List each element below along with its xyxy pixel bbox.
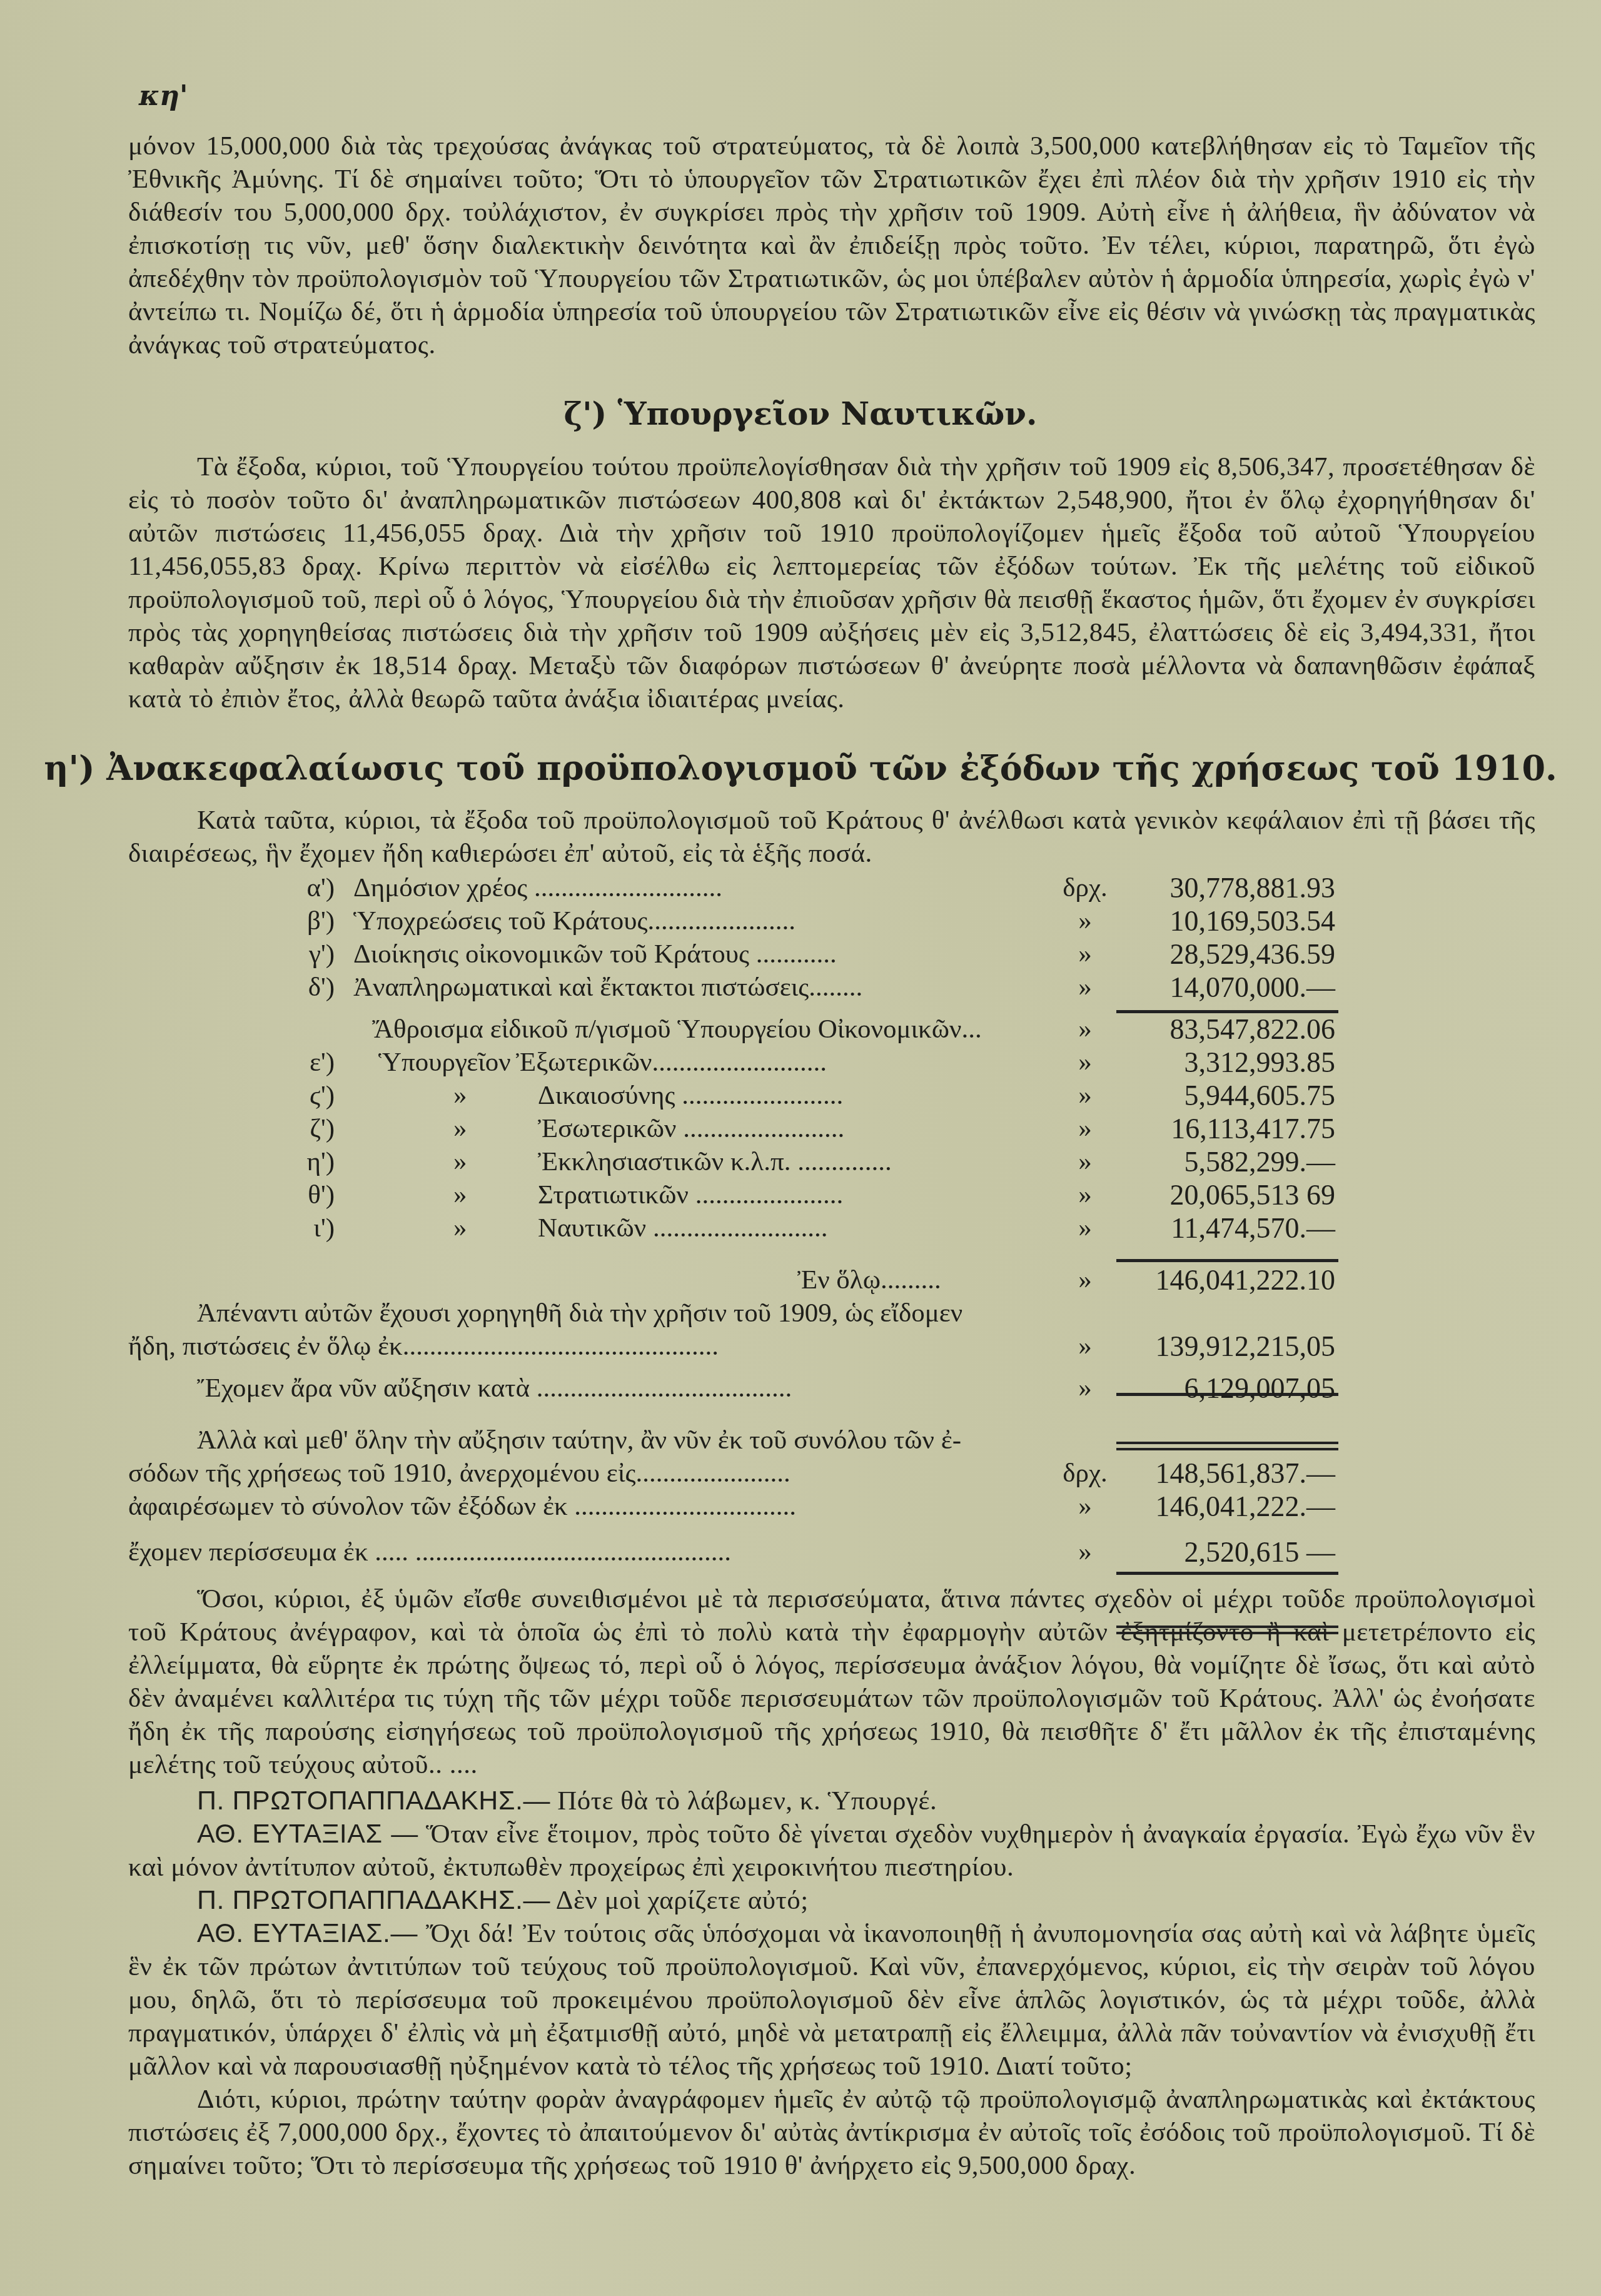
paragraph-text: Ὅσοι, κύριοι, ἐξ ὑμῶν εἴσθε συνειθισμένο… — [128, 1582, 1535, 1781]
row-label: Ὑποχρεώσεις τοῦ Κράτους.................… — [353, 904, 1054, 938]
row-label: Ἔχομεν ἄρα νῦν αὔξησιν κατὰ ............… — [197, 1372, 1054, 1405]
row-prefix: Ὑπουργεῖον — [378, 1046, 516, 1079]
dialogue-entry: Π. ΠΡΩΤΟΠΑΠΠΑΔΑΚΗΣ.— Δὲν μοὶ χαρίζετε αὐ… — [128, 1884, 1535, 1917]
table-row-surplus: ἔχομεν περίσσευμα ἐκ ..... .............… — [128, 1535, 1341, 1569]
paragraph-text: Κατὰ ταῦτα, κύριοι, τὰ ἔξοδα τοῦ προϋπολ… — [128, 804, 1535, 870]
table-row-subtract: ἀφαιρέσωμεν τὸ σύνολον τῶν ἐξόδων ἐκ ...… — [128, 1490, 1341, 1523]
table-row: θ') » Στρατιωτικῶν .....................… — [128, 1178, 1341, 1211]
row-unit: » — [1060, 1535, 1110, 1569]
row-value: 14,070,000.— — [1116, 971, 1335, 1004]
row-number: η') — [297, 1145, 335, 1178]
table-row: η') » Ἐκκλησιαστικῶν κ.λ.π. ............… — [128, 1145, 1341, 1178]
row-label: Ἀναπληρωματικαὶ καὶ ἔκτακτοι πιστώσεις..… — [353, 971, 1054, 1004]
row-value: 3,312,993.85 — [1116, 1046, 1335, 1079]
row-value: 148,561,837.— — [1116, 1457, 1335, 1490]
row-unit: » — [1060, 1046, 1110, 1079]
row-unit: » — [1060, 1079, 1110, 1112]
dialogue-entry: ΑΘ. ΕΥΤΑΞΙΑΣ.— Ὄχι δά! Ἐν τούτοις σᾶς ὑπ… — [128, 1917, 1535, 2083]
speech-text: Πότε θὰ τὸ λάβωμεν, κ. Ὑπουργέ. — [557, 1786, 937, 1816]
row-number: ε') — [297, 1046, 335, 1079]
row-label: Ἐν ὅλῳ......... — [797, 1263, 1054, 1297]
row-prefix: » — [453, 1178, 491, 1211]
section-heading-naval: ζ') Ὑπουργεῖον Ναυτικῶν. — [0, 395, 1601, 432]
row-value: 6,129,007,05 — [1116, 1372, 1335, 1405]
table-row: ϛ') » Δικαιοσύνης ......................… — [128, 1079, 1341, 1112]
table-row-credits: ἤδη, πιστώσεις ἐν ὅλῳ ἐκ................… — [128, 1330, 1341, 1363]
row-label: σόδων τῆς χρήσεως τοῦ 1910, ἀνερχομένου … — [128, 1457, 1054, 1490]
row-label: Ἀπέναντι αὐτῶν ἔχουσι χορηγηθῆ διὰ τὴν χ… — [197, 1297, 1085, 1330]
table-row-revenue: σόδων τῆς χρήσεως τοῦ 1910, ἀνερχομένου … — [128, 1457, 1341, 1490]
paragraph-text: Διότι, κύριοι, πρώτην ταύτην φορὰν ἀναγρ… — [128, 2083, 1535, 2182]
row-unit: δρχ. — [1060, 871, 1110, 904]
row-value: 83,547,822.06 — [1116, 1013, 1335, 1046]
row-number: ι') — [297, 1211, 335, 1245]
row-label: Ἐκκλησιαστικῶν κ.λ.π. .............. — [538, 1145, 1054, 1178]
row-unit: » — [1060, 1372, 1110, 1405]
row-unit: » — [1060, 1263, 1110, 1297]
row-unit: δρχ. — [1060, 1457, 1110, 1490]
row-unit: » — [1060, 938, 1110, 971]
paragraph-naval: Τὰ ἔξοδα, κύριοι, τοῦ Ὑπουργείου τούτου … — [128, 450, 1535, 716]
row-number: β') — [297, 904, 335, 938]
row-prefix: » — [453, 1211, 491, 1245]
row-label: Ἐσωτερικῶν ........................ — [538, 1112, 1054, 1145]
sum-rule — [1116, 1259, 1338, 1262]
row-number: δ') — [297, 971, 335, 1004]
dialogue-entry: ΑΘ. ΕΥΤΑΞΙΑΣ — Ὅταν εἶνε ἕτοιμον, πρὸς τ… — [128, 1818, 1535, 1884]
row-unit: » — [1060, 1112, 1110, 1145]
speaker-name: ΑΘ. ΕΥΤΑΞΙΑΣ.— — [197, 1918, 418, 1948]
row-prefix: » — [453, 1079, 491, 1112]
speech-text: Δὲν μοὶ χαρίζετε αὐτό; — [556, 1886, 809, 1915]
row-value: 20,065,513 69 — [1116, 1178, 1335, 1211]
row-unit: » — [1060, 1145, 1110, 1178]
paragraph-military: μόνον 15,000,000 διὰ τὰς τρεχούσας ἀνάγκ… — [128, 129, 1535, 362]
table-row-revenue-text: Ἀλλὰ καὶ μεθ' ὅλην τὴν αὔξησιν ταύτην, ἂ… — [128, 1424, 1341, 1457]
speaker-name: Π. ΠΡΩΤΟΠΑΠΠΑΔΑΚΗΣ.— — [197, 1786, 550, 1816]
row-unit: » — [1060, 1330, 1110, 1363]
table-row-increase: Ἔχομεν ἄρα νῦν αὔξησιν κατὰ ............… — [128, 1372, 1341, 1405]
row-value: 5,944,605.75 — [1116, 1079, 1335, 1112]
row-unit: » — [1060, 971, 1110, 1004]
row-label: Ἀλλὰ καὶ μεθ' ὅλην τὴν αὔξησιν ταύτην, ἂ… — [197, 1424, 1085, 1457]
row-label: Δημόσιον χρέος .........................… — [353, 871, 1054, 904]
row-unit: » — [1060, 1211, 1110, 1245]
row-label: ἀφαιρέσωμεν τὸ σύνολον τῶν ἐξόδων ἐκ ...… — [128, 1490, 1054, 1523]
row-label: Ναυτικῶν .......................... — [538, 1211, 1054, 1245]
row-number: ϛ') — [297, 1079, 335, 1112]
row-label: ἔχομεν περίσσευμα ἐκ ..... .............… — [128, 1535, 1054, 1569]
table-row: γ') Διοίκησις οἰκονομικῶν τοῦ Κράτους ..… — [128, 938, 1341, 971]
row-value: 146,041,222.— — [1116, 1490, 1335, 1523]
row-number: α') — [297, 871, 335, 904]
paragraph-summary-intro: Κατὰ ταῦτα, κύριοι, τὰ ἔξοδα τοῦ προϋπολ… — [128, 804, 1535, 870]
row-label: Δικαιοσύνης ........................ — [538, 1079, 1054, 1112]
row-value: 5,582,299.— — [1116, 1145, 1335, 1178]
row-unit: » — [1060, 904, 1110, 938]
row-value: 2,520,615 — — [1116, 1535, 1335, 1569]
page-number: κη' — [139, 80, 188, 112]
row-value: 28,529,436.59 — [1116, 938, 1335, 971]
row-label: Στρατιωτικῶν ...................... — [538, 1178, 1054, 1211]
table-row-total: Ἐν ὅλῳ......... » 146,041,222.10 — [128, 1263, 1341, 1297]
row-label: Διοίκησις οἰκονομικῶν τοῦ Κράτους ......… — [353, 938, 1054, 971]
table-row: δ') Ἀναπληρωματικαὶ καὶ ἔκτακτοι πιστώσε… — [128, 971, 1341, 1004]
row-label: Ἐξωτερικῶν.......................... — [516, 1046, 1054, 1079]
row-number: ζ') — [297, 1112, 335, 1145]
table-row: ζ') » Ἐσωτερικῶν .......................… — [128, 1112, 1341, 1145]
difference-rule — [1116, 1572, 1338, 1575]
row-value: 11,474,570.— — [1116, 1211, 1335, 1245]
document-page: κη' μόνον 15,000,000 διὰ τὰς τρεχούσας ἀ… — [0, 0, 1601, 2296]
table-row-credits-text: Ἀπέναντι αὐτῶν ἔχουσι χορηγηθῆ διὰ τὴν χ… — [128, 1297, 1341, 1330]
budget-summary-table: α') Δημόσιον χρέος .....................… — [128, 871, 1341, 1569]
table-row: ι') » Ναυτικῶν .........................… — [128, 1211, 1341, 1245]
row-unit: » — [1060, 1178, 1110, 1211]
row-number: γ') — [297, 938, 335, 971]
row-label: Ἄθροισμα εἰδικοῦ π/γισμοῦ Ὑπουργείου Οἰκ… — [372, 1013, 1054, 1046]
row-value: 10,169,503.54 — [1116, 904, 1335, 938]
speaker-name: ΑΘ. ΕΥΤΑΞΙΑΣ — — [197, 1819, 418, 1849]
paragraph-surplus: Ὅσοι, κύριοι, ἐξ ὑμῶν εἴσθε συνειθισμένο… — [128, 1582, 1535, 1781]
table-row: β') Ὑποχρεώσεις τοῦ Κράτους.............… — [128, 904, 1341, 938]
row-value: 139,912,215,05 — [1116, 1330, 1335, 1363]
table-row: ε') Ὑπουργεῖον Ἐξωτερικῶν...............… — [128, 1046, 1341, 1079]
section-heading-summary: η') Ἀνακεφαλαίωσις τοῦ προϋπολογισμοῦ τῶ… — [0, 748, 1601, 788]
table-row: α') Δημόσιον χρέος .....................… — [128, 871, 1341, 904]
paragraph-text: Τὰ ἔξοδα, κύριοι, τοῦ Ὑπουργείου τούτου … — [128, 450, 1535, 716]
row-label: ἤδη, πιστώσεις ἐν ὅλῳ ἐκ................… — [128, 1330, 1054, 1363]
row-unit: » — [1060, 1013, 1110, 1046]
speaker-name: Π. ΠΡΩΤΟΠΑΠΠΑΔΑΚΗΣ.— — [197, 1885, 550, 1915]
row-unit: » — [1060, 1490, 1110, 1523]
row-prefix: » — [453, 1112, 491, 1145]
table-row-subtotal: Ἄθροισμα εἰδικοῦ π/γισμοῦ Ὑπουργείου Οἰκ… — [128, 1013, 1341, 1046]
row-value: 146,041,222.10 — [1116, 1263, 1335, 1297]
parliamentary-dialogue: Π. ΠΡΩΤΟΠΑΠΠΑΔΑΚΗΣ.— Πότε θὰ τὸ λάβωμεν,… — [128, 1784, 1535, 2182]
dialogue-entry: Π. ΠΡΩΤΟΠΑΠΠΑΔΑΚΗΣ.— Πότε θὰ τὸ λάβωμεν,… — [128, 1784, 1535, 1818]
row-number: θ') — [297, 1178, 335, 1211]
row-value: 30,778,881.93 — [1116, 871, 1335, 904]
row-value: 16,113,417.75 — [1116, 1112, 1335, 1145]
row-prefix: » — [453, 1145, 491, 1178]
paragraph-text: μόνον 15,000,000 διὰ τὰς τρεχούσας ἀνάγκ… — [128, 129, 1535, 362]
